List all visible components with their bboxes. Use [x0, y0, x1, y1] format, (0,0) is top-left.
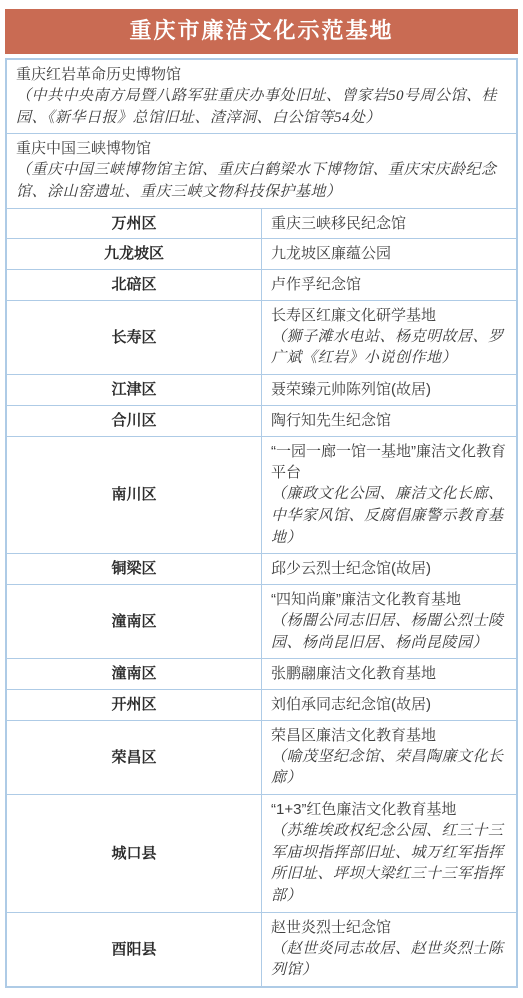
base-name: 长寿区红廉文化研学基地	[271, 305, 507, 327]
district-base-row: 铜梁区 邱少云烈士纪念馆(故居)	[6, 554, 517, 585]
district-base-row: 南川区 “一园一廊一馆一基地”廉洁文化教育平台 （廉政文化公园、廉洁文化长廊、中…	[6, 436, 517, 554]
district-name: 荣昌区	[6, 720, 262, 794]
district-base-cell: 长寿区红廉文化研学基地 （狮子滩水电站、杨克明故居、罗广斌《红岩》小说创作地）	[262, 300, 518, 374]
district-name: 城口县	[6, 795, 262, 913]
district-name: 北碚区	[6, 270, 262, 301]
base-name: 陶行知先生纪念馆	[271, 410, 507, 432]
bases-table: 重庆红岩革命历史博物馆 （中共中央南方局暨八路军驻重庆办事处旧址、曾家岩50号周…	[5, 58, 518, 988]
base-name: 重庆中国三峡博物馆	[16, 138, 507, 160]
city-level-rows: 重庆红岩革命历史博物馆 （中共中央南方局暨八路军驻重庆办事处旧址、曾家岩50号周…	[6, 59, 517, 208]
district-name: 开州区	[6, 690, 262, 721]
base-detail: （狮子滩水电站、杨克明故居、罗广斌《红岩》小说创作地）	[271, 327, 507, 371]
base-name: 九龙坡区廉蕴公园	[271, 243, 507, 265]
district-base-cell: “1+3”红色廉洁文化教育基地 （苏维埃政权纪念公园、红三十三军庙坝指挥部旧址、…	[262, 795, 518, 913]
district-name: 酉阳县	[6, 912, 262, 987]
district-base-cell: “四知尚廉”廉洁文化教育基地 （杨闇公同志旧居、杨闇公烈士陵园、杨尚昆旧居、杨尚…	[262, 585, 518, 659]
district-base-row: 酉阳县 赵世炎烈士纪念馆 （赵世炎同志故居、赵世炎烈士陈列馆）	[6, 912, 517, 987]
district-name: 潼南区	[6, 585, 262, 659]
district-base-cell: 重庆三峡移民纪念馆	[262, 208, 518, 239]
district-base-cell: 赵世炎烈士纪念馆 （赵世炎同志故居、赵世炎烈士陈列馆）	[262, 912, 518, 987]
district-base-cell: 卢作孚纪念馆	[262, 270, 518, 301]
district-base-row: 荣昌区 荣昌区廉洁文化教育基地 （喻茂坚纪念馆、荣昌陶廉文化长廊）	[6, 720, 517, 794]
base-name: 赵世炎烈士纪念馆	[271, 917, 507, 939]
district-name: 长寿区	[6, 300, 262, 374]
district-base-row: 北碚区 卢作孚纪念馆	[6, 270, 517, 301]
base-name: 刘伯承同志纪念馆(故居)	[271, 694, 507, 716]
district-name: 万州区	[6, 208, 262, 239]
base-name: 张鹏翮廉洁文化教育基地	[271, 663, 507, 685]
base-detail: （杨闇公同志旧居、杨闇公烈士陵园、杨尚昆旧居、杨尚昆陵园）	[271, 611, 507, 655]
district-name: 铜梁区	[6, 554, 262, 585]
district-base-row: 万州区 重庆三峡移民纪念馆	[6, 208, 517, 239]
base-name: “四知尚廉”廉洁文化教育基地	[271, 589, 507, 611]
district-base-row: 合川区 陶行知先生纪念馆	[6, 405, 517, 436]
base-name: 荣昌区廉洁文化教育基地	[271, 725, 507, 747]
city-base-row: 重庆中国三峡博物馆 （重庆中国三峡博物馆主馆、重庆白鹤梁水下博物馆、重庆宋庆龄纪…	[6, 134, 517, 208]
base-detail: （廉政文化公园、廉洁文化长廊、中华家风馆、反腐倡廉警示教育基地）	[271, 484, 507, 549]
district-name: 潼南区	[6, 659, 262, 690]
page-title: 重庆市廉洁文化示范基地	[129, 18, 393, 43]
district-base-cell: 九龙坡区廉蕴公园	[262, 239, 518, 270]
city-base-row: 重庆红岩革命历史博物馆 （中共中央南方局暨八路军驻重庆办事处旧址、曾家岩50号周…	[6, 59, 517, 134]
district-base-cell: 陶行知先生纪念馆	[262, 405, 518, 436]
base-name: “一园一廊一馆一基地”廉洁文化教育平台	[271, 441, 507, 485]
district-base-row: 潼南区 张鹏翮廉洁文化教育基地	[6, 659, 517, 690]
district-base-row: 江津区 聂荣臻元帅陈列馆(故居)	[6, 375, 517, 406]
base-detail: （重庆中国三峡博物馆主馆、重庆白鹤梁水下博物馆、重庆宋庆龄纪念馆、涂山窑遗址、重…	[16, 160, 507, 204]
base-name: 聂荣臻元帅陈列馆(故居)	[271, 379, 507, 401]
district-base-row: 城口县 “1+3”红色廉洁文化教育基地 （苏维埃政权纪念公园、红三十三军庙坝指挥…	[6, 795, 517, 913]
district-base-cell: 聂荣臻元帅陈列馆(故居)	[262, 375, 518, 406]
base-name: 卢作孚纪念馆	[271, 274, 507, 296]
base-detail: （喻茂坚纪念馆、荣昌陶廉文化长廊）	[271, 747, 507, 791]
district-base-row: 长寿区 长寿区红廉文化研学基地 （狮子滩水电站、杨克明故居、罗广斌《红岩》小说创…	[6, 300, 517, 374]
base-name: 邱少云烈士纪念馆(故居)	[271, 558, 507, 580]
district-name: 合川区	[6, 405, 262, 436]
base-detail: （赵世炎同志故居、赵世炎烈士陈列馆）	[271, 939, 507, 983]
base-detail: （苏维埃政权纪念公园、红三十三军庙坝指挥部旧址、城万红军指挥所旧址、坪坝大梁红三…	[271, 821, 507, 908]
district-base-cell: 张鹏翮廉洁文化教育基地	[262, 659, 518, 690]
page-title-bar: 重庆市廉洁文化示范基地	[5, 9, 518, 54]
district-name: 九龙坡区	[6, 239, 262, 270]
district-name: 南川区	[6, 436, 262, 554]
district-base-row: 潼南区 “四知尚廉”廉洁文化教育基地 （杨闇公同志旧居、杨闇公烈士陵园、杨尚昆旧…	[6, 585, 517, 659]
district-level-rows: 万州区 重庆三峡移民纪念馆 九龙坡区 九龙坡区廉蕴公园 北碚区 卢作孚纪念馆 长…	[6, 208, 517, 987]
base-name: 重庆红岩革命历史博物馆	[16, 64, 507, 86]
district-base-cell: 荣昌区廉洁文化教育基地 （喻茂坚纪念馆、荣昌陶廉文化长廊）	[262, 720, 518, 794]
district-base-row: 开州区 刘伯承同志纪念馆(故居)	[6, 690, 517, 721]
base-name: “1+3”红色廉洁文化教育基地	[271, 799, 507, 821]
city-base-cell: 重庆中国三峡博物馆 （重庆中国三峡博物馆主馆、重庆白鹤梁水下博物馆、重庆宋庆龄纪…	[6, 134, 517, 208]
district-base-cell: 刘伯承同志纪念馆(故居)	[262, 690, 518, 721]
base-detail: （中共中央南方局暨八路军驻重庆办事处旧址、曾家岩50号周公馆、桂园、《新华日报》…	[16, 86, 507, 130]
city-base-cell: 重庆红岩革命历史博物馆 （中共中央南方局暨八路军驻重庆办事处旧址、曾家岩50号周…	[6, 59, 517, 134]
district-base-cell: “一园一廊一馆一基地”廉洁文化教育平台 （廉政文化公园、廉洁文化长廊、中华家风馆…	[262, 436, 518, 554]
base-name: 重庆三峡移民纪念馆	[271, 213, 507, 235]
district-name: 江津区	[6, 375, 262, 406]
district-base-row: 九龙坡区 九龙坡区廉蕴公园	[6, 239, 517, 270]
district-base-cell: 邱少云烈士纪念馆(故居)	[262, 554, 518, 585]
page: 重庆市廉洁文化示范基地 重庆红岩革命历史博物馆 （中共中央南方局暨八路军驻重庆办…	[0, 0, 523, 998]
